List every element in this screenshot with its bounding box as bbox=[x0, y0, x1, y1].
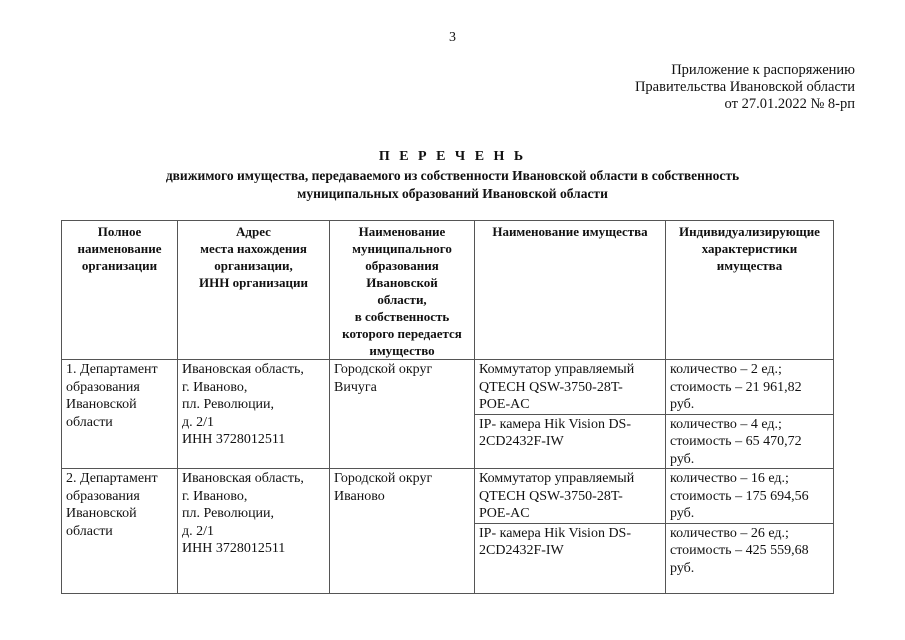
cell-line: QTECH QSW-3750-28T- bbox=[479, 488, 661, 506]
cell-line: образования bbox=[66, 488, 173, 506]
cell-line: IP- камера Hik Vision DS- bbox=[479, 416, 661, 434]
cell-line: POE-AC bbox=[479, 505, 661, 523]
cell-line: образования bbox=[334, 257, 470, 274]
cell-line: Коммутатор управляемый bbox=[479, 470, 661, 488]
cell-line: Городской округ bbox=[334, 470, 470, 488]
cell-line: Адрес bbox=[182, 223, 325, 240]
cell-address: Ивановская область,г. Иваново,пл. Револю… bbox=[178, 469, 330, 594]
cell-line: пл. Революции, bbox=[182, 505, 325, 523]
header-organization: Полноенаименованиеорганизации bbox=[62, 221, 178, 360]
cell-line: ИНН 3728012511 bbox=[182, 540, 325, 558]
page-number: 3 bbox=[0, 30, 905, 46]
cell-line: ИНН организации bbox=[182, 274, 325, 291]
title-subtitle: движимого имущества, передаваемого из со… bbox=[0, 167, 905, 185]
cell-line: Вичуга bbox=[334, 379, 470, 397]
cell-line: места нахождения bbox=[182, 240, 325, 257]
header-characteristics: Индивидуализирующиехарактеристикиимущест… bbox=[666, 221, 834, 360]
cell-municipality: Городской округВичуга bbox=[330, 360, 475, 469]
cell-line: Полное bbox=[66, 223, 173, 240]
cell-line: Иваново bbox=[334, 488, 470, 506]
title-subtitle: муниципальных образований Ивановской обл… bbox=[0, 185, 905, 203]
cell-line: ИНН 3728012511 bbox=[182, 431, 325, 449]
header-property-name: Наименование имущества bbox=[475, 221, 666, 360]
cell-line: Ивановской bbox=[334, 274, 470, 291]
cell-characteristics: количество – 26 ед.;стоимость – 425 559,… bbox=[666, 523, 834, 593]
cell-organization: 2. ДепартаментобразованияИвановскойоблас… bbox=[62, 469, 178, 594]
cell-line: количество – 4 ед.; bbox=[670, 416, 829, 434]
cell-line: муниципального bbox=[334, 240, 470, 257]
cell-line: Наименование bbox=[334, 223, 470, 240]
cell-line: пл. Революции, bbox=[182, 396, 325, 414]
cell-characteristics: количество – 2 ед.;стоимость – 21 961,82… bbox=[666, 360, 834, 415]
cell-property-name: Коммутатор управляемыйQTECH QSW-3750-28T… bbox=[475, 360, 666, 415]
cell-property-name: IP- камера Hik Vision DS-2CD2432F-IW bbox=[475, 414, 666, 469]
cell-line: Ивановская область, bbox=[182, 470, 325, 488]
cell-line: г. Иваново, bbox=[182, 379, 325, 397]
appendix-line: Приложение к распоряжению bbox=[635, 62, 855, 79]
cell-line: стоимость – 175 694,56 bbox=[670, 488, 829, 506]
cell-line: д. 2/1 bbox=[182, 523, 325, 541]
cell-line: IP- камера Hik Vision DS- bbox=[479, 525, 661, 543]
cell-line: имущество bbox=[334, 342, 470, 359]
cell-line: количество – 26 ед.; bbox=[670, 525, 829, 543]
cell-line: организации bbox=[66, 257, 173, 274]
header-address: Адресместа нахожденияорганизации,ИНН орг… bbox=[178, 221, 330, 360]
cell-line: г. Иваново, bbox=[182, 488, 325, 506]
cell-line: имущества bbox=[670, 257, 829, 274]
cell-line: стоимость – 21 961,82 bbox=[670, 379, 829, 397]
cell-line: 2CD2432F-IW bbox=[479, 542, 661, 560]
cell-line: руб. bbox=[670, 451, 829, 469]
cell-line: стоимость – 425 559,68 bbox=[670, 542, 829, 560]
cell-line: области bbox=[66, 523, 173, 541]
table-header-row: Полноенаименованиеорганизации Адресместа… bbox=[62, 221, 834, 360]
cell-line: Индивидуализирующие bbox=[670, 223, 829, 240]
cell-characteristics: количество – 4 ед.;стоимость – 65 470,72… bbox=[666, 414, 834, 469]
cell-line: в собственность bbox=[334, 308, 470, 325]
cell-line: которого передается bbox=[334, 325, 470, 342]
appendix-line: от 27.01.2022 № 8-рп bbox=[635, 96, 855, 113]
appendix-line: Правительства Ивановской области bbox=[635, 79, 855, 96]
cell-property-name: Коммутатор управляемыйQTECH QSW-3750-28T… bbox=[475, 469, 666, 524]
cell-organization: 1. ДепартаментобразованияИвановскойоблас… bbox=[62, 360, 178, 469]
cell-address: Ивановская область,г. Иваново,пл. Револю… bbox=[178, 360, 330, 469]
table-row: 2. ДепартаментобразованияИвановскойоблас… bbox=[62, 469, 834, 524]
cell-line: руб. bbox=[670, 560, 829, 578]
cell-line: 1. Департамент bbox=[66, 361, 173, 379]
cell-line: Ивановской bbox=[66, 505, 173, 523]
cell-line: 2. Департамент bbox=[66, 470, 173, 488]
cell-line: Городской округ bbox=[334, 361, 470, 379]
cell-line: организации, bbox=[182, 257, 325, 274]
cell-line: руб. bbox=[670, 396, 829, 414]
cell-line: Наименование имущества bbox=[479, 223, 661, 240]
appendix-reference: Приложение к распоряжению Правительства … bbox=[635, 62, 855, 113]
document-title: П Е Р Е Ч Е Н Ь движимого имущества, пер… bbox=[0, 147, 905, 203]
cell-line: образования bbox=[66, 379, 173, 397]
table-row: 1. ДепартаментобразованияИвановскойоблас… bbox=[62, 360, 834, 415]
cell-line: характеристики bbox=[670, 240, 829, 257]
cell-line: POE-AC bbox=[479, 396, 661, 414]
cell-characteristics: количество – 16 ед.;стоимость – 175 694,… bbox=[666, 469, 834, 524]
cell-line: области, bbox=[334, 291, 470, 308]
property-list-table: Полноенаименованиеорганизации Адресместа… bbox=[61, 220, 834, 594]
cell-line: Коммутатор управляемый bbox=[479, 361, 661, 379]
cell-municipality: Городской округИваново bbox=[330, 469, 475, 594]
cell-line: QTECH QSW-3750-28T- bbox=[479, 379, 661, 397]
cell-line: количество – 16 ед.; bbox=[670, 470, 829, 488]
header-municipality: НаименованиемуниципальногообразованияИва… bbox=[330, 221, 475, 360]
title-main: П Е Р Е Ч Е Н Ь bbox=[0, 147, 905, 167]
cell-line: стоимость – 65 470,72 bbox=[670, 433, 829, 451]
cell-line: количество – 2 ед.; bbox=[670, 361, 829, 379]
cell-line: наименование bbox=[66, 240, 173, 257]
cell-line: Ивановской bbox=[66, 396, 173, 414]
cell-property-name: IP- камера Hik Vision DS-2CD2432F-IW bbox=[475, 523, 666, 593]
cell-line: д. 2/1 bbox=[182, 414, 325, 432]
cell-line: области bbox=[66, 414, 173, 432]
cell-line: руб. bbox=[670, 505, 829, 523]
cell-line: Ивановская область, bbox=[182, 361, 325, 379]
cell-line: 2CD2432F-IW bbox=[479, 433, 661, 451]
